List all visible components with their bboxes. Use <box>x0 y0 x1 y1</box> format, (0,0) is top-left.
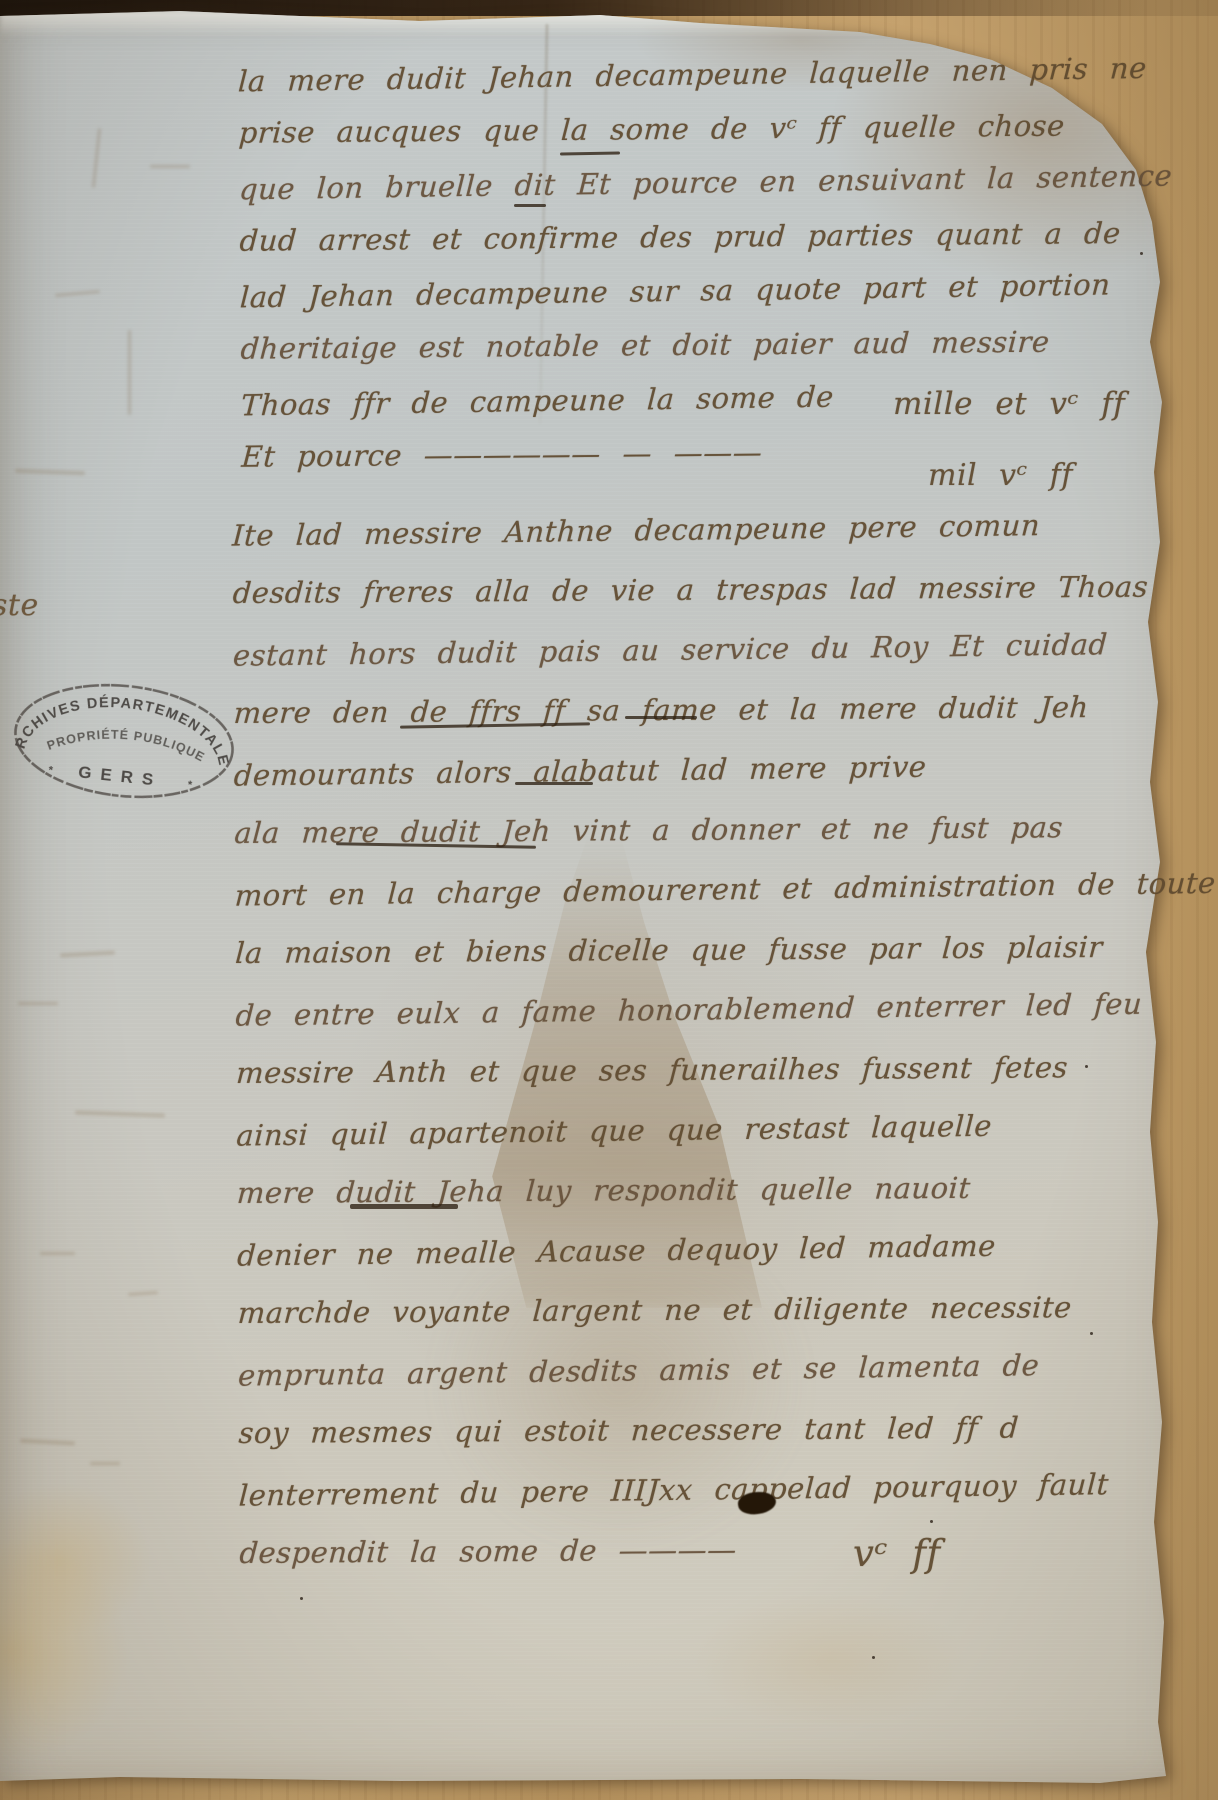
manuscript-paragraph-2: Ite lad messire Anthne decampeune pere c… <box>232 497 1104 1583</box>
archive-stamp: ARCHIVES DÉPARTEMENTALES PROPRIÉTÉ PUBLI… <box>2 668 245 814</box>
paper-speck <box>300 1597 303 1600</box>
manuscript-line: demourants alors alabatut lad mere prive <box>232 734 1100 805</box>
manuscript-line: emprunta argent desdits amis et se lamen… <box>236 1334 1104 1405</box>
amount-annotation-mil-vc: mil vᶜ ff <box>928 458 1073 493</box>
paper-speck <box>872 1656 875 1659</box>
stamp-side-mark-left: * <box>48 764 54 776</box>
bleedthrough-mark <box>18 1002 58 1005</box>
manuscript-line: mere dudit Jeha luy respondit quelle nau… <box>235 1157 1103 1223</box>
bleedthrough-mark <box>150 165 190 168</box>
manuscript-line: despendit la some de ———— <box>238 1517 1106 1583</box>
manuscript-line: Ite lad messire Anthne decampeune pere c… <box>231 494 1099 565</box>
manuscript-line: denier ne mealle Acause dequoy led madam… <box>236 1214 1104 1285</box>
manuscript-line: la maison et biens dicelle que fusse par… <box>233 917 1101 983</box>
manuscript-line: estant hors dudit pais au service du Roy… <box>231 614 1099 685</box>
manuscript-line: mort en la charge demourerent et adminis… <box>233 854 1101 925</box>
photo-of-manuscript: la mere dudit Jehan decampeune laquelle … <box>0 0 1218 1800</box>
manuscript-line: ala mere dudit Jeh vint a donner et ne f… <box>233 797 1101 863</box>
manuscript-line: lenterrement du pere IIIJxx cappelad pou… <box>237 1454 1105 1525</box>
bleedthrough-mark <box>90 1462 120 1465</box>
manuscript-line: soy mesmes qui estoit necessere tant led… <box>237 1397 1105 1463</box>
manuscript-line: messire Anth et que ses funerailhes fuss… <box>234 1037 1102 1103</box>
amount-annotation-vc: vᶜ ff <box>853 1532 941 1575</box>
amount-annotation-mille-vc: mille et vᶜ ff <box>893 386 1125 422</box>
stamp-bottom-text: GERS <box>77 762 163 790</box>
ink-underline <box>514 204 546 207</box>
ink-underline <box>515 782 593 785</box>
manuscript-line: ainsi quil apartenoit que que restast la… <box>235 1094 1103 1165</box>
bleedthrough-mark <box>40 1252 75 1255</box>
marginal-note: ste <box>0 588 39 623</box>
manuscript-line: marchde voyante largent ne et diligente … <box>236 1277 1104 1343</box>
manuscript-line: desdits freres alla de vie a trespas lad… <box>231 557 1099 623</box>
ink-underline <box>625 716 697 719</box>
manuscript-line: mere den de ffrs ff sa fame et la mere d… <box>232 677 1100 743</box>
bleedthrough-mark <box>128 330 131 415</box>
paper-speck <box>1140 252 1143 255</box>
ink-underline <box>350 1204 458 1209</box>
manuscript-line: de entre eulx a fame honorablemend enter… <box>234 974 1102 1045</box>
